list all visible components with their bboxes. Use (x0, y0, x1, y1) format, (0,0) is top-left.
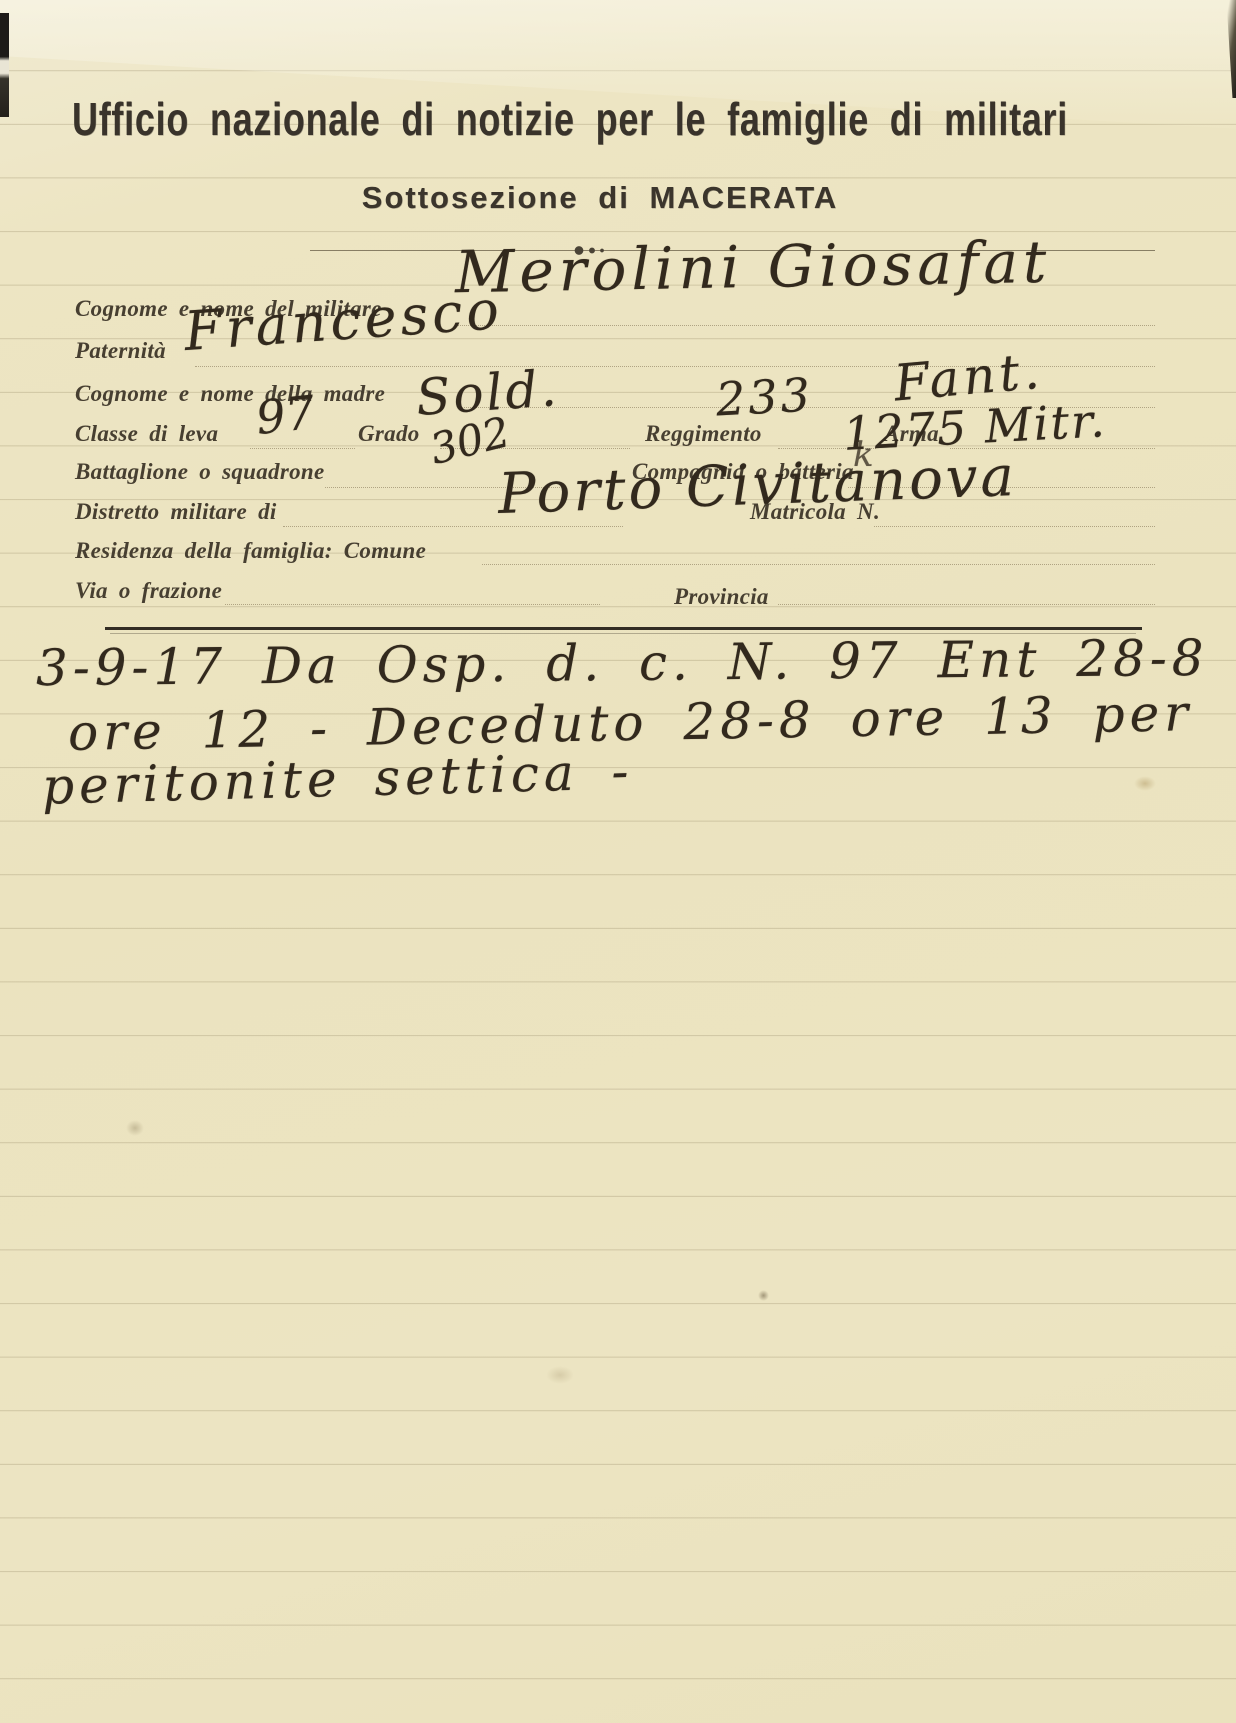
section-divider (105, 627, 1142, 630)
field-label-provincia: Provincia (674, 584, 769, 610)
scan-edge-artifact-right (1220, 0, 1236, 98)
death-note-line-1: 3-9-17 Da Osp. d. c. N. 97 Ent 28-8 (36, 633, 1209, 693)
write-line-militare (455, 325, 1155, 326)
field-label-paternita: Paternità (75, 338, 166, 364)
scanned-form-page: Ufficio nazionale di notizie per le fami… (0, 0, 1236, 1723)
field-label-battaglione: Battaglione o squadrone (75, 459, 325, 485)
field-label-madre: Cognome e nome della madre (75, 381, 385, 407)
form-subtitle: Sottosezione di MACERATA (80, 180, 1120, 216)
field-value-militare: Merolini Giosafat (455, 233, 1052, 301)
field-label-grado: Grado (358, 421, 420, 447)
field-label-classe: Classe di leva (75, 421, 218, 447)
stain-mark (1134, 776, 1156, 791)
write-line-classe (250, 448, 355, 449)
field-label-via: Via o frazione (75, 578, 222, 604)
write-line-matricola (874, 526, 1155, 527)
death-note-line-3: peritonite settica - (41, 746, 634, 811)
stain-mark (758, 1290, 769, 1301)
field-value-reggimento: 233 (715, 371, 814, 422)
write-line-via (225, 604, 600, 605)
write-line-distretto (283, 526, 623, 527)
stain-mark (126, 1120, 144, 1136)
write-line-provincia (778, 604, 1155, 605)
field-value-comune: Porto Civitanova (497, 449, 1018, 523)
form-title: Ufficio nazionale di notizie per le fami… (72, 92, 1068, 146)
field-value-paternita: Francesco (183, 283, 505, 359)
field-label-residenza: Residenza della famiglia: Comune (75, 538, 426, 564)
write-line-comune (482, 564, 1155, 565)
field-value-classe: 97 (254, 389, 317, 441)
stain-mark (546, 1366, 574, 1384)
scan-edge-artifact-left (0, 13, 9, 117)
field-label-distretto: Distretto militare di (75, 499, 277, 525)
